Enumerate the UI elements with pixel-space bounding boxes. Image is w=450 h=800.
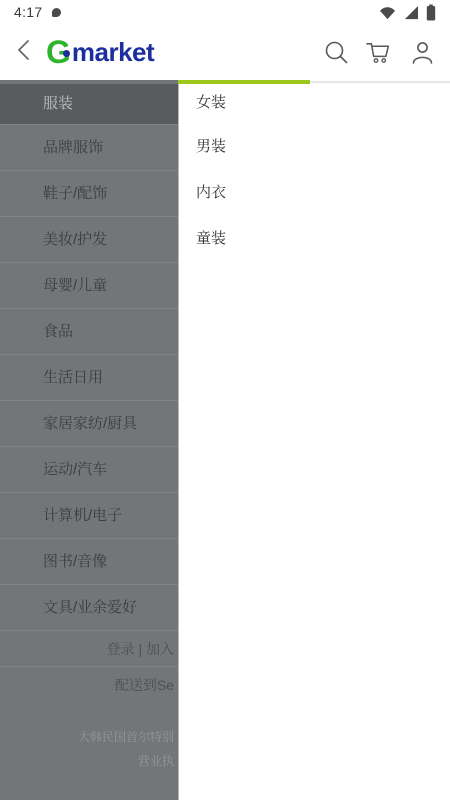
search-icon xyxy=(323,39,350,66)
sidebar-item-sports-auto[interactable]: 运动/汽车 xyxy=(0,446,178,492)
battery-icon xyxy=(426,4,436,21)
login-join-link[interactable]: 登录 | 加入 xyxy=(0,630,178,666)
sidebar-item-shoes-accessories[interactable]: 鞋子/配饰 xyxy=(0,170,178,216)
person-icon xyxy=(409,39,436,66)
cart-button[interactable] xyxy=(365,38,393,66)
logo-market-text: market xyxy=(72,39,154,65)
profile-button[interactable] xyxy=(408,38,436,66)
subcategory-underwear[interactable]: 内衣 xyxy=(179,170,450,216)
clock: 4:17 xyxy=(14,4,42,20)
notification-icon xyxy=(52,8,61,17)
chevron-left-icon xyxy=(14,37,36,68)
company-address-text: 大韩民国首尔特别 xyxy=(0,728,178,746)
sidebar-item-baby-kids[interactable]: 母婴/儿童 xyxy=(0,262,178,308)
sidebar-item-books-media[interactable]: 图书/音像 xyxy=(0,538,178,584)
cart-icon xyxy=(365,39,393,66)
sidebar-item-daily-life[interactable]: 生活日用 xyxy=(0,354,178,400)
signal-icon xyxy=(403,5,419,20)
footer-spacer xyxy=(0,702,178,728)
subcategory-men[interactable]: 男装 xyxy=(179,124,450,170)
business-license-text: 营业执 xyxy=(0,752,178,770)
sidebar-item-computer-electronics[interactable]: 计算机/电子 xyxy=(0,492,178,538)
logo-g-glyph: G xyxy=(46,36,71,68)
sidebar-item-food[interactable]: 食品 xyxy=(0,308,178,354)
subcategory-kids[interactable]: 童装 xyxy=(179,216,450,262)
sidebar-item-beauty-hair[interactable]: 美妆/护发 xyxy=(0,216,178,262)
app-header: G market xyxy=(0,24,450,80)
wifi-icon xyxy=(379,5,396,20)
gmarket-logo[interactable]: G market xyxy=(46,36,154,68)
back-button[interactable] xyxy=(10,34,40,70)
sidebar-item-stationery-hobby[interactable]: 文具/业余爱好 xyxy=(0,584,178,630)
category-sidebar-dimmed: 服装 品牌服饰 鞋子/配饰 美妆/护发 母婴/儿童 食品 生活日用 家居家纺/厨… xyxy=(0,80,178,800)
status-bar: 4:17 xyxy=(0,0,450,24)
sidebar-item-brand-apparel[interactable]: 品牌服饰 xyxy=(0,124,178,170)
delivery-destination-link[interactable]: 配送到Se xyxy=(0,666,178,702)
underline-track xyxy=(310,81,450,83)
subcategory-women[interactable]: 女装 xyxy=(179,86,450,124)
subcategory-panel: 女装 男装 内衣 童装 xyxy=(178,84,450,800)
sidebar-item-clothing[interactable]: 服装 xyxy=(0,84,178,124)
phone-screen: 4:17 G market xyxy=(0,0,450,800)
sidebar-item-home-kitchen[interactable]: 家居家纺/厨具 xyxy=(0,400,178,446)
search-button[interactable] xyxy=(322,38,350,66)
logo-blue-dot xyxy=(63,50,70,57)
